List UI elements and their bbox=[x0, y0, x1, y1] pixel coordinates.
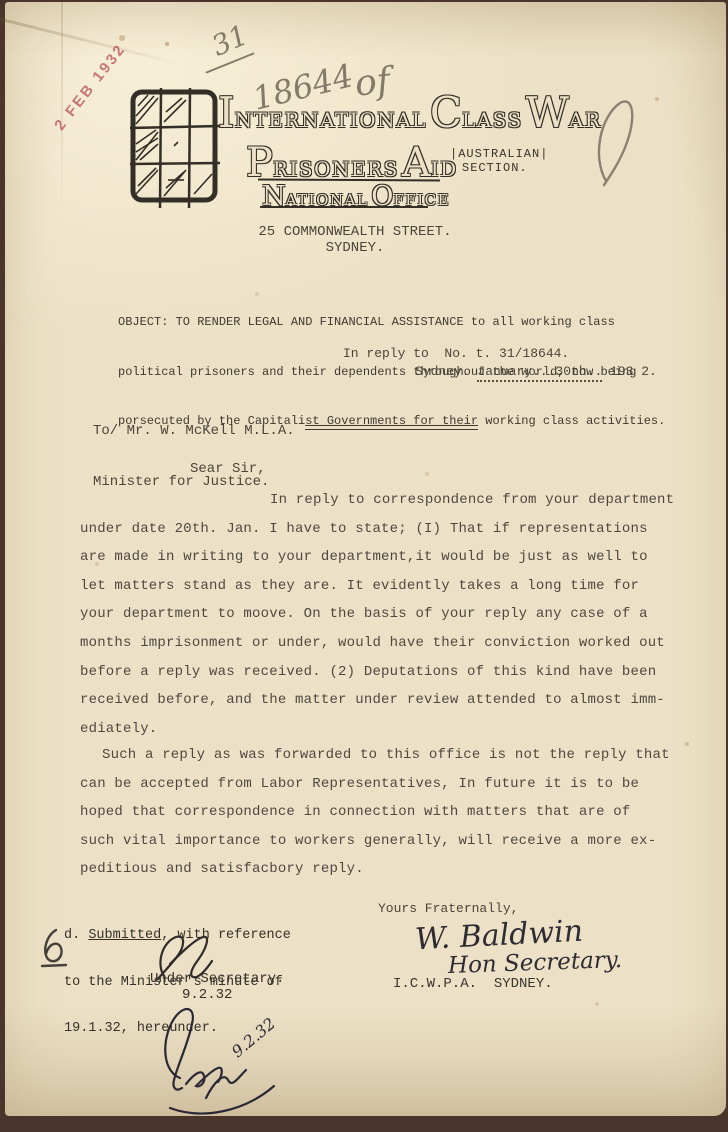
prison-window-logo bbox=[128, 86, 222, 210]
body-line: let matters stand as they are. It eviden… bbox=[80, 572, 672, 601]
addressee-name: To/ Mr. W. McKell M.L.A. bbox=[93, 423, 295, 440]
body-line: under date 20th. Jan. I have to state; (… bbox=[80, 515, 672, 544]
margin-monogram bbox=[34, 924, 76, 976]
scanned-letter-page: { "colors": { "paper": "#ece1c6", "typew… bbox=[0, 0, 728, 1132]
age-spots bbox=[165, 42, 169, 46]
object-line1: OBJECT: TO RENDER LEGAL AND FINANCIAL AS… bbox=[118, 314, 670, 331]
body-line: peditious and satisfacbory reply. bbox=[80, 855, 672, 884]
letterhead-address-line1: 25 COMMONWEALTH STREET. bbox=[230, 224, 480, 240]
body-line: ediately. bbox=[80, 715, 672, 744]
year-label: 193 2. bbox=[602, 364, 657, 379]
body-line: received before, and the matter under re… bbox=[80, 686, 672, 715]
paper-crease bbox=[0, 16, 187, 67]
object-line3-underlined: st Governments for their bbox=[305, 414, 478, 430]
body-line: months imprisonment or under, would have… bbox=[80, 629, 672, 658]
salutation: Sear Sir, bbox=[190, 461, 266, 477]
body-line: Such a reply as was forwarded to this of… bbox=[80, 741, 672, 770]
body-paragraph-2: Such a reply as was forwarded to this of… bbox=[80, 741, 672, 884]
letterhead-org-line1: INTERNATIONALCLASSWAR bbox=[218, 88, 604, 137]
place-label: Sydney. bbox=[415, 364, 477, 379]
body-line: are made in writing to your department,i… bbox=[80, 543, 672, 572]
letterhead-underline-2 bbox=[260, 206, 428, 208]
body-line: before a reply was received. (2) Deputat… bbox=[80, 658, 672, 687]
closing-line: Yours Fraternally, bbox=[378, 901, 518, 916]
seen-signature-flourish bbox=[140, 998, 320, 1118]
body-line: hoped that correspondence in connection … bbox=[80, 798, 672, 827]
object-line3-post: working class activities. bbox=[478, 414, 665, 428]
letterhead-address-line2: SYDNEY. bbox=[230, 240, 480, 256]
body-line: your department to moove. On the basis o… bbox=[80, 600, 672, 629]
body-line: such vital importance to workers general… bbox=[80, 827, 672, 856]
body-paragraph-1: In reply to correspondence from your dep… bbox=[80, 486, 672, 743]
body-line: can be accepted from Labor Representativ… bbox=[80, 770, 672, 799]
section-label-line1: |AUSTRALIAN| bbox=[450, 147, 548, 161]
body-line: In reply to correspondence from your dep… bbox=[80, 486, 672, 515]
place-date-line: Sydney. January...30th.. 193 2. bbox=[415, 364, 657, 379]
date-filled: January...30th.. bbox=[477, 364, 602, 382]
in-reply-reference: In reply to No. t. 31/18644. bbox=[343, 346, 569, 361]
section-label-line2: SECTION. bbox=[462, 161, 528, 175]
under-secretary-title: Under Secretary. bbox=[150, 971, 284, 987]
org-abbreviation: I.C.W.P.A. SYDNEY. bbox=[393, 976, 553, 992]
